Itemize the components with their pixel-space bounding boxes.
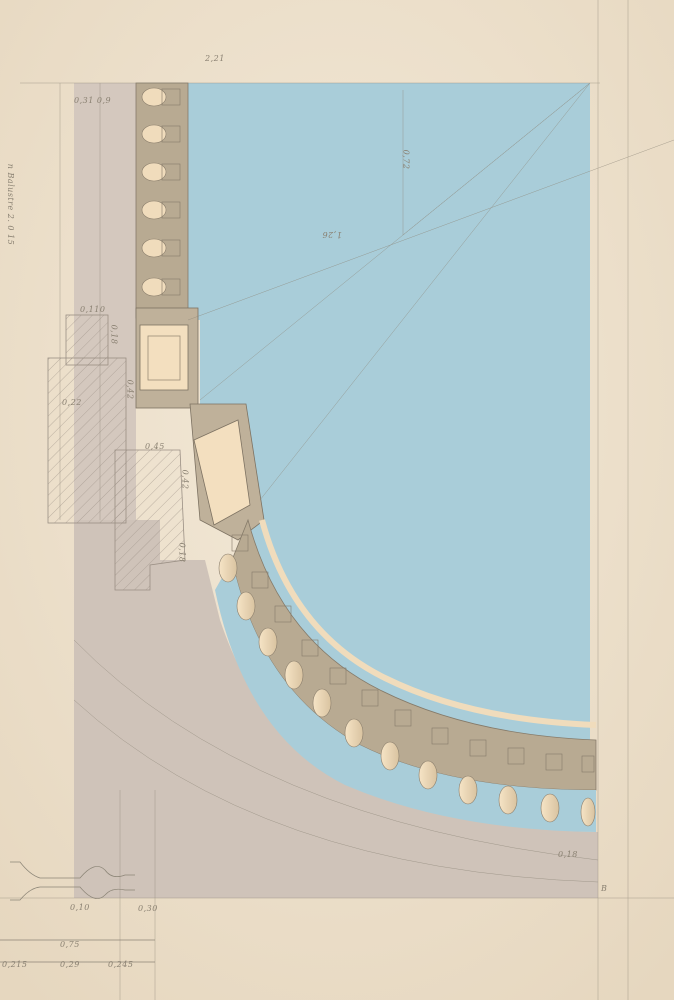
dim-bottom-right: 0,18 <box>558 850 578 859</box>
dim-hatch-mid: 0,22 <box>62 398 82 407</box>
label-balustre-vertical: n Balustre 2. 0 15 <box>6 164 15 245</box>
dim-bottom-1: 0,215 <box>2 960 27 969</box>
dim-hatch-1: 0,42 <box>125 380 134 400</box>
dim-top: 2,21 <box>205 54 225 63</box>
dim-baluster-1: 0,30 <box>138 904 158 913</box>
dim-pedestal-side-2: 0,18 <box>177 543 186 563</box>
dim-baluster-2: 0,10 <box>70 903 90 912</box>
dim-pedestal-top: 0,110 <box>80 305 105 314</box>
dim-top-left: 0,31 0,9 <box>74 96 111 105</box>
dim-sky-vertical: 0,72 <box>401 150 410 170</box>
dim-baluster-3: 0,75 <box>60 940 80 949</box>
pedestal-1 <box>136 308 198 408</box>
dim-bottom-3: 0,245 <box>108 960 133 969</box>
dim-hatch-3: 0,45 <box>145 442 165 451</box>
architectural-drawing: 2,21 0,31 0,9 n Balustre 2. 0 15 1,26 0,… <box>0 0 674 1000</box>
dim-pedestal-side-1: 0,18 <box>109 325 118 345</box>
hatched-section-1 <box>66 315 108 365</box>
dim-hatch-2: 0,42 <box>180 470 189 490</box>
mark-b: B <box>601 884 607 893</box>
dim-sky-horizontal: 1,26 <box>322 230 342 239</box>
hatched-section-2 <box>48 358 126 523</box>
dim-bottom-2: 0,29 <box>60 960 80 969</box>
